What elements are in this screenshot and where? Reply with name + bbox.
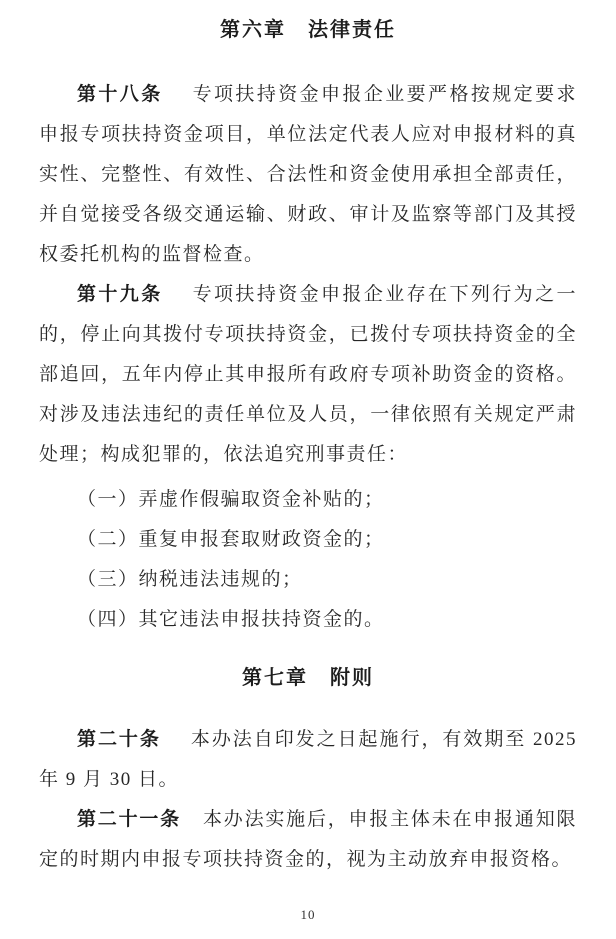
article-18-text: 专项扶持资金申报企业要严格按规定要求申报专项扶持资金项目，单位法定代表人应对申报… [39,84,577,265]
chapter-six-heading: 第六章 法律责任 [39,18,577,42]
list-item-3: （三）纳税违法违规的； [39,560,577,600]
article-19-number: 第十九条 [77,284,163,305]
document-page: 第六章 法律责任 第十八条专项扶持资金申报企业要严格按规定要求申报专项扶持资金项… [0,0,616,939]
violation-list: （一）弄虚作假骗取资金补贴的； （二）重复申报套取财政资金的； （三）纳税违法违… [39,480,577,640]
article-19: 第十九条专项扶持资金申报企业存在下列行为之一的，停止向其拨付专项扶持资金，已拨付… [39,275,577,475]
article-19-text: 专项扶持资金申报企业存在下列行为之一的，停止向其拨付专项扶持资金，已拨付专项扶持… [39,284,577,465]
chapter-seven-heading: 第七章 附则 [39,666,577,690]
article-18: 第十八条专项扶持资金申报企业要严格按规定要求申报专项扶持资金项目，单位法定代表人… [39,75,577,275]
page-footer: 10 [39,906,577,924]
list-item-4: （四）其它违法申报扶持资金的。 [39,600,577,640]
article-18-number: 第十八条 [77,84,163,105]
article-20-number: 第二十条 [77,729,161,750]
page-number: 10 [301,907,316,922]
list-item-1: （一）弄虚作假骗取资金补贴的； [39,480,577,520]
list-item-2: （二）重复申报套取财政资金的； [39,520,577,560]
article-21-number: 第二十一条 [77,809,181,830]
article-21: 第二十一条本办法实施后，申报主体未在申报通知限定的时期内申报专项扶持资金的，视为… [39,800,577,880]
article-20: 第二十条本办法自印发之日起施行，有效期至 2025 年 9 月 30 日。 [39,720,577,800]
